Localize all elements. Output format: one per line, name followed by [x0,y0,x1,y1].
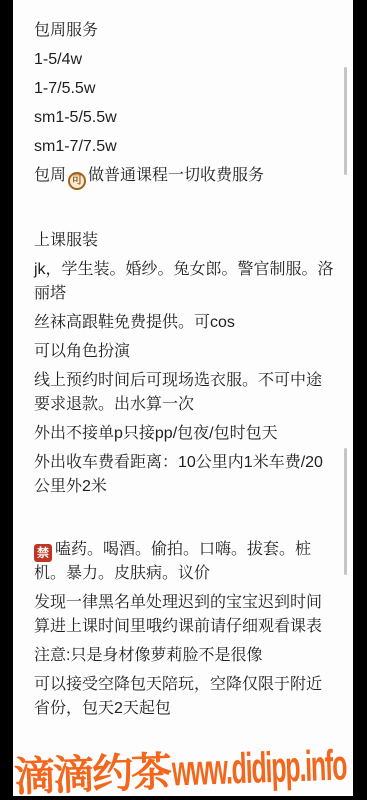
forbidden-square-icon: 禁 [34,544,52,562]
paragraph: 上课服装 [34,229,337,253]
paragraph: sm1-5/5.5w [34,106,337,130]
watermark-site-name: 滴滴约茶 [13,749,171,800]
scrollbar-thumb-upper[interactable] [344,67,347,175]
paragraph: jk，学生装。婚纱。兔女郎。警官制服。洛丽塔 [34,258,337,306]
paragraph: 外出收车费看距离：10公里内1米车费/20公里外2米 [34,451,337,499]
text-run: jk，学生装。婚纱。兔女郎。警官制服。洛丽塔 [34,261,334,302]
text-run: 丝袜高跟鞋免费提供。可cos [34,314,235,331]
paragraph: 注意:只是身材像萝莉脸不是很像 [34,644,337,668]
text-run: 外出收车费看距离：10公里内1米车费/20公里外2米 [34,454,323,495]
text-run: 线上预约时间后可现场选衣服。不可中途要求退款。出水算一次 [34,372,322,413]
scrollbar-thumb-lower[interactable] [344,448,347,575]
text-run: 1-5/4w [34,51,82,68]
text-run: sm1-5/5.5w [34,109,117,126]
paragraph: sm1-7/7.5w [34,135,337,159]
paragraph: 1-5/4w [34,48,337,72]
text-run: 注意:只是身材像萝莉脸不是很像 [34,647,262,664]
text-run: 可以接受空降包天陪玩，空降仅限于附近省份，包天2天起包 [34,676,322,717]
right-letterbox [353,0,367,800]
paragraph: 可以角色扮演 [34,340,337,364]
text-run: 上课服装 [34,232,98,249]
text-run: 1-7/5.5w [34,80,95,97]
text-run: sm1-7/7.5w [34,138,117,155]
paragraph: 禁嗑药。喝酒。偷拍。口嗨。拔套。桩机。暴力。皮肤病。议价 [34,538,337,586]
paragraph: 可以接受空降包天陪玩，空降仅限于附近省份，包天2天起包 [34,673,337,721]
notes-screenshot: 包周服务1-5/4w1-7/5.5wsm1-5/5.5wsm1-7/7.5w包周… [0,0,367,800]
can-circle-icon: 可 [68,172,86,190]
watermark-url: www.didipp.info [171,741,347,796]
text-run: 可以角色扮演 [34,343,130,360]
paragraph: 包周服务 [34,19,337,43]
note-body: 包周服务1-5/4w1-7/5.5wsm1-5/5.5wsm1-7/7.5w包周… [13,0,353,796]
paragraph: 发现一律黑名单处理迟到的宝宝迟到时间算进上课时间里哦约课前请仔细观看课表 [34,591,337,639]
paragraph: 丝袜高跟鞋免费提供。可cos [34,311,337,335]
paragraph: 外出不接单p只接pp/包夜/包时包天 [34,422,337,446]
left-letterbox [0,0,13,800]
text-run: 发现一律黑名单处理迟到的宝宝迟到时间算进上课时间里哦约课前请仔细观看课表 [34,594,322,635]
text-run: 做普通课程一切收费服务 [88,167,264,184]
paragraph: 1-7/5.5w [34,77,337,101]
text-run: 嗑药。喝酒。偷拍。口嗨。拔套。桩机。暴力。皮肤病。议价 [34,541,311,582]
text-run: 包周服务 [34,22,98,39]
text-run: 包周 [34,167,66,184]
paragraph: 包周可做普通课程一切收费服务 [34,164,337,190]
paragraph: 线上预约时间后可现场选衣服。不可中途要求退款。出水算一次 [34,369,337,417]
text-run: 外出不接单p只接pp/包夜/包时包天 [34,425,278,442]
